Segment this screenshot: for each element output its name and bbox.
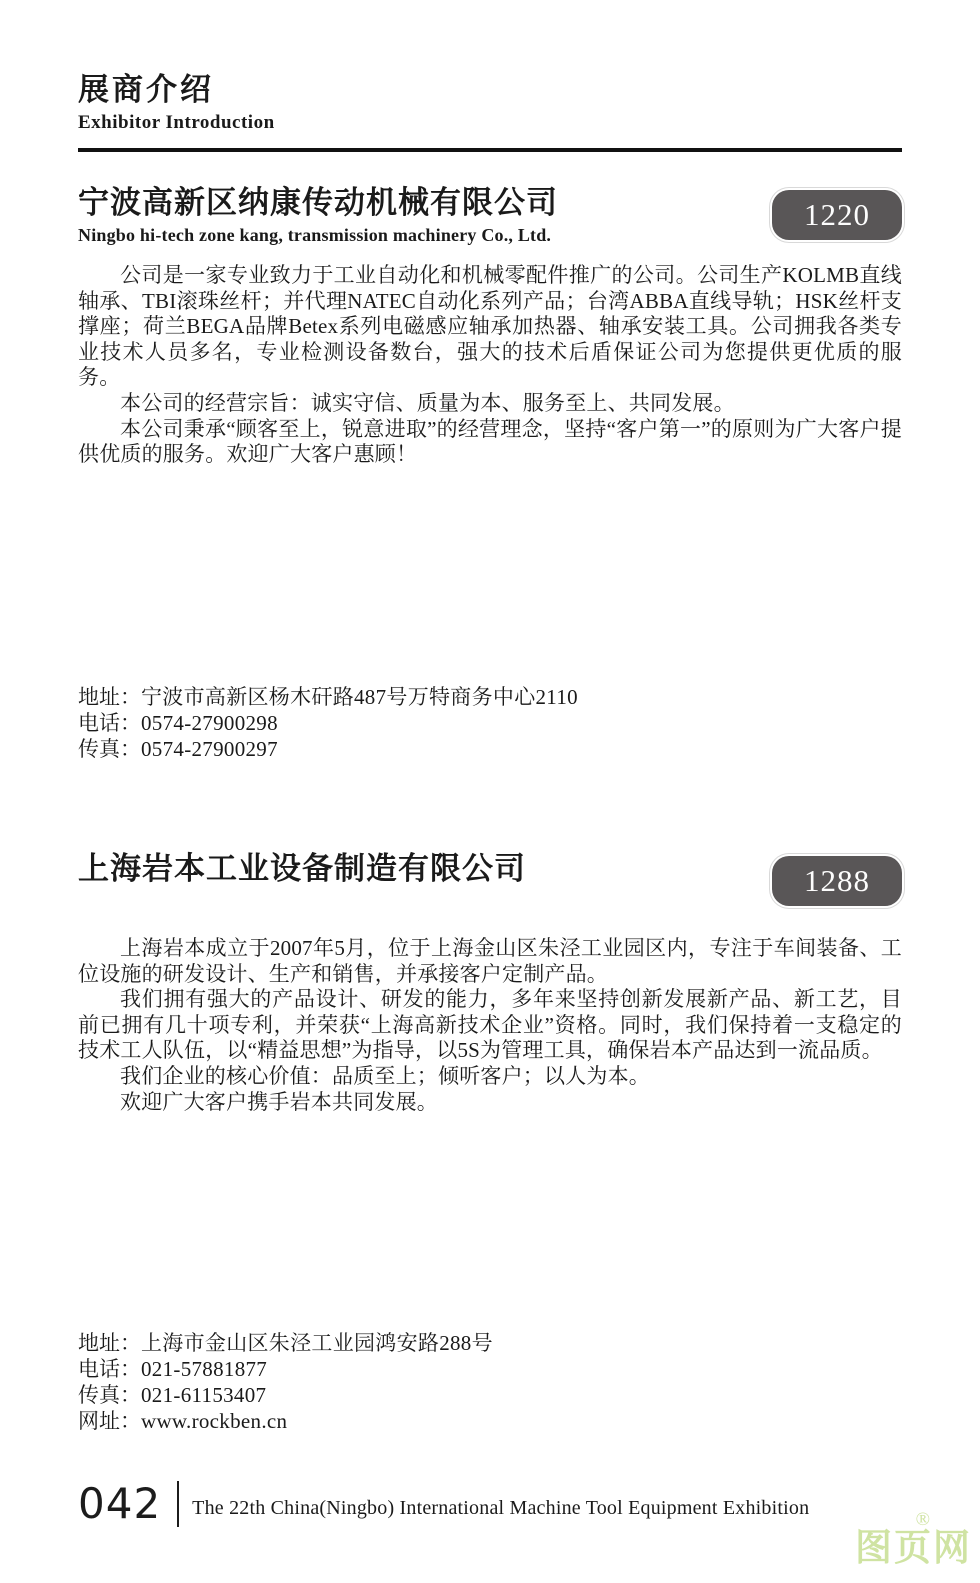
- exhibitor-1-address-line: 地址：宁波市高新区杨木矸路487号万特商务中心2110: [78, 684, 902, 710]
- exhibitor-1-description: 公司是一家专业致力于工业自动化和机械零配件推广的公司。公司生产KOLMB直线轴承…: [78, 263, 902, 468]
- exhibitor-1-paragraph: 本公司秉承“顾客至上，锐意进取”的经营理念，坚持“客户第一”的原则为广大客户提供…: [78, 417, 902, 468]
- phone-label: 电话：: [78, 711, 141, 735]
- catalog-page: 展商介绍 Exhibitor Introduction 宁波高新区纳康传动机械有…: [0, 0, 980, 1583]
- registered-trademark-icon: ®: [916, 1510, 930, 1529]
- exhibitor-1-paragraph: 本公司的经营宗旨：诚实守信、质量为本、服务至上、共同发展。: [78, 391, 902, 417]
- exhibitor-2-address-line: 地址：上海市金山区朱泾工业园鸿安路288号: [78, 1330, 902, 1356]
- page-title: 展商介绍: [78, 72, 902, 108]
- exhibitor-2-paragraph: 欢迎广大客户携手岩本共同发展。: [78, 1090, 902, 1116]
- address-label: 地址：: [78, 1331, 141, 1355]
- exhibitor-1-booth-badge: 1220: [772, 190, 902, 240]
- address-value: 上海市金山区朱泾工业园鸿安路288号: [141, 1331, 493, 1355]
- exhibitor-2-names: 上海岩本工业设备制造有限公司: [78, 852, 772, 886]
- exhibitor-2-phone-line: 电话：021-57881877: [78, 1356, 902, 1382]
- page-footer: 042 The 22th China(Ningbo) International…: [78, 1480, 902, 1528]
- exhibitor-2-website-line: 网址：www.rockben.cn: [78, 1408, 902, 1434]
- page-header: 展商介绍 Exhibitor Introduction: [78, 72, 902, 152]
- exhibitor-1-fax-line: 传真：0574-27900297: [78, 736, 902, 762]
- exhibitor-2-fax-line: 传真：021-61153407: [78, 1382, 902, 1408]
- phone-value: 0574-27900298: [141, 711, 278, 735]
- watermark-logo: 图页网 ®: [855, 1530, 972, 1567]
- fax-label: 传真：: [78, 1383, 141, 1407]
- exhibitor-1-phone-line: 电话：0574-27900298: [78, 710, 902, 736]
- exhibitor-1-paragraph: 公司是一家专业致力于工业自动化和机械零配件推广的公司。公司生产KOLMB直线轴承…: [78, 263, 902, 391]
- fax-value: 021-61153407: [141, 1383, 266, 1407]
- exhibitor-1-names: 宁波高新区纳康传动机械有限公司 Ningbo hi-tech zone kang…: [78, 186, 772, 246]
- exhibitor-2-paragraph: 上海岩本成立于2007年5月，位于上海金山区朱泾工业园区内，专注于车间装备、工位…: [78, 936, 902, 987]
- exhibitor-1-contacts: 地址：宁波市高新区杨木矸路487号万特商务中心2110 电话：0574-2790…: [78, 684, 902, 762]
- page-subtitle: Exhibitor Introduction: [78, 112, 902, 134]
- address-value: 宁波市高新区杨木矸路487号万特商务中心2110: [141, 685, 578, 709]
- watermark-text: 图页网: [855, 1528, 972, 1569]
- exhibitor-1-header: 宁波高新区纳康传动机械有限公司 Ningbo hi-tech zone kang…: [78, 186, 902, 246]
- page-number: 042: [78, 1480, 161, 1528]
- header-divider: [78, 148, 902, 152]
- website-label: 网址：: [78, 1409, 141, 1433]
- exhibitor-2-name-cn: 上海岩本工业设备制造有限公司: [78, 852, 772, 886]
- exhibitor-2-paragraph: 我们拥有强大的产品设计、研发的能力，多年来坚持创新发展新产品、新工艺，目前已拥有…: [78, 987, 902, 1064]
- address-label: 地址：: [78, 685, 141, 709]
- footer-divider: [177, 1481, 179, 1527]
- exhibitor-1-name-en: Ningbo hi-tech zone kang, transmission m…: [78, 225, 772, 246]
- exhibitor-2-description: 上海岩本成立于2007年5月，位于上海金山区朱泾工业园区内，专注于车间装备、工位…: [78, 936, 902, 1115]
- website-value: www.rockben.cn: [141, 1409, 287, 1433]
- exhibitor-2-booth-badge: 1288: [772, 856, 902, 906]
- exhibitor-2-contacts: 地址：上海市金山区朱泾工业园鸿安路288号 电话：021-57881877 传真…: [78, 1330, 902, 1434]
- exhibitor-1-name-cn: 宁波高新区纳康传动机械有限公司: [78, 186, 772, 220]
- phone-label: 电话：: [78, 1357, 141, 1381]
- phone-value: 021-57881877: [141, 1357, 267, 1381]
- exhibition-title: The 22th China(Ningbo) International Mac…: [192, 1489, 809, 1520]
- fax-label: 传真：: [78, 737, 141, 761]
- exhibitor-2-header: 上海岩本工业设备制造有限公司 1288: [78, 852, 902, 906]
- exhibitor-2-paragraph: 我们企业的核心价值：品质至上；倾听客户；以人为本。: [78, 1064, 902, 1090]
- fax-value: 0574-27900297: [141, 737, 278, 761]
